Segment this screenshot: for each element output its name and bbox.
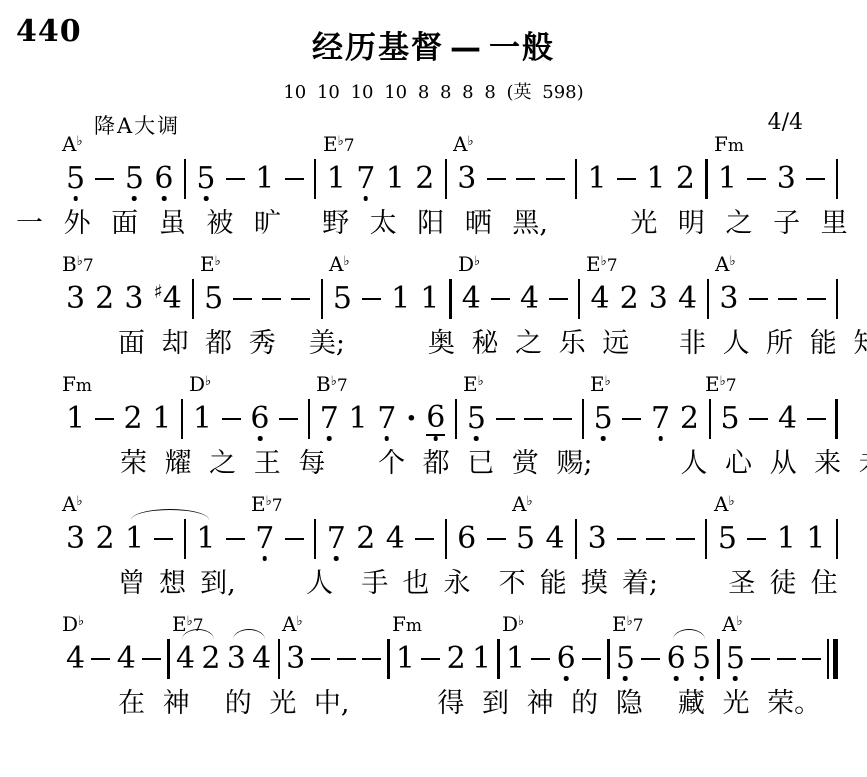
barline: [705, 157, 707, 201]
duration-dash: [646, 517, 665, 561]
chord-label: Fm: [62, 374, 92, 395]
note: 3: [66, 517, 85, 561]
note: 2: [415, 157, 434, 201]
note: 1: [152, 397, 171, 441]
note: 5: [594, 397, 613, 441]
notation-row: 556511712311213A♭E♭7A♭Fm: [66, 134, 838, 201]
note: 4: [252, 637, 271, 681]
duration-dash: [233, 277, 252, 321]
barline: [449, 277, 451, 321]
score: 556511712311213A♭E♭7A♭Fm 一 外 面 虽 被 旷 野 太…: [0, 134, 867, 721]
note: 3: [588, 517, 607, 561]
low-octave-dot: [263, 556, 268, 561]
note: 1: [391, 277, 410, 321]
note: 7: [377, 397, 396, 441]
hymn-title: 经历基督—一般: [0, 0, 867, 67]
chord-label: E♭7: [612, 614, 644, 635]
barline: [278, 637, 280, 681]
barline: [181, 397, 183, 441]
duration-dash: [747, 157, 766, 201]
note: 5: [333, 277, 352, 321]
low-octave-dot: [623, 676, 628, 681]
sharp-sign: ♯: [154, 283, 163, 302]
note-row: 321177246543511: [66, 517, 838, 561]
duration-dash: [777, 637, 796, 681]
low-octave-dot: [327, 436, 332, 441]
duration-dash: [337, 637, 356, 681]
note: 2: [123, 397, 142, 441]
chord-label: A♭: [62, 494, 83, 514]
lyric-row: 荣 耀 之 王 每 个 都 已 赏 赐; 人 心 从 来 未: [120, 447, 838, 481]
note: 5: [720, 397, 739, 441]
duration-dash: [262, 277, 281, 321]
slur-arc: [182, 629, 215, 640]
note: 1: [646, 157, 665, 201]
barline: [578, 277, 580, 321]
note: 5: [718, 517, 737, 561]
duration-dash: [95, 397, 114, 441]
chord-label: A♭: [715, 254, 736, 274]
note: 3: [227, 637, 246, 681]
duration-dash: [751, 637, 770, 681]
chord-label: D♭: [502, 614, 524, 634]
header: 440 经历基督—一般 10 10 10 10 8 8 8 8 (英 598) …: [0, 0, 867, 134]
barline: [184, 157, 186, 201]
barline: [582, 397, 584, 441]
chord-label: E♭: [590, 374, 611, 394]
duration-dash: [421, 637, 440, 681]
note: 1: [718, 157, 737, 201]
notation-row: 321177246543511A♭E♭7A♭A♭: [66, 494, 838, 561]
duration-dash: [487, 157, 506, 201]
duration-dash: [582, 637, 601, 681]
lyric-row: 在 神 的 光 中, 得 到 神 的 隐 藏 光 荣。: [118, 687, 838, 721]
low-octave-dot: [564, 676, 569, 681]
low-octave-dot: [474, 436, 479, 441]
time-signature: 4/4: [768, 110, 803, 135]
note: 1: [472, 637, 491, 681]
low-octave-dot: [385, 436, 390, 441]
low-octave-dot: [433, 436, 438, 441]
note: 6: [667, 637, 686, 681]
note: 1: [588, 157, 607, 201]
note: 3: [124, 277, 143, 321]
meter-line: 10 10 10 10 8 8 8 8 (英 598): [0, 78, 867, 104]
duration-dash: [95, 157, 114, 201]
note: 2: [356, 517, 375, 561]
duration-dash: [641, 637, 660, 681]
chord-label: E♭7: [705, 374, 737, 395]
barline: [308, 397, 310, 441]
note: 4: [678, 277, 697, 321]
note: ♯4: [154, 277, 182, 321]
note: 1: [396, 637, 415, 681]
note: 1: [193, 397, 212, 441]
barline: [575, 517, 577, 561]
low-octave-dot: [674, 676, 679, 681]
note: 5: [467, 397, 486, 441]
duration-dash: [487, 517, 506, 561]
barline: [184, 517, 186, 561]
lyric-row: 曾 想 到, 人 手 也 永 不 能 摸 着; 圣 徒 住: [118, 567, 838, 601]
low-octave-dot: [334, 556, 339, 561]
note: 2: [447, 637, 466, 681]
title-category: 一般: [489, 30, 555, 66]
duration-dash: [362, 637, 381, 681]
duration-dash: [807, 397, 826, 441]
low-octave-dot: [132, 196, 137, 201]
note: 7: [255, 517, 274, 561]
low-octave-dot: [733, 676, 738, 681]
music-system-1: 556511712311213A♭E♭7A♭Fm 一 外 面 虽 被 旷 野 太…: [66, 134, 838, 241]
note: 2: [95, 277, 114, 321]
barline: [607, 637, 609, 681]
note: 1: [327, 157, 346, 201]
duration-dash: [226, 517, 245, 561]
barline: [835, 397, 837, 441]
duration-dash: [553, 397, 572, 441]
music-system-3: 12116717·6557254FmD♭B♭7E♭E♭E♭7 荣 耀 之 王 每…: [66, 374, 838, 481]
chord-label: Fm: [392, 614, 422, 635]
chord-label: E♭7: [323, 134, 355, 155]
note: 3: [457, 157, 476, 201]
chord-label: B♭7: [316, 374, 348, 395]
low-octave-dot: [258, 436, 263, 441]
chord-label: A♭: [714, 494, 735, 514]
note: 6: [426, 397, 445, 441]
notation-row: 12116717·6557254FmD♭B♭7E♭E♭E♭7: [66, 374, 838, 441]
duration-dash: [524, 397, 543, 441]
note: 5: [204, 277, 223, 321]
note: 6: [250, 397, 269, 441]
chord-label: E♭: [200, 254, 221, 274]
duration-dash: [749, 397, 768, 441]
note: 5: [125, 157, 144, 201]
note: 5: [516, 517, 535, 561]
duration-dash: [285, 157, 304, 201]
duration-dash: [617, 157, 636, 201]
note: 2: [201, 637, 220, 681]
duration-dash: [154, 517, 173, 561]
note: 5: [616, 637, 635, 681]
chord-label: A♭: [512, 494, 533, 514]
note: 2: [95, 517, 114, 561]
duration-dash: [747, 517, 766, 561]
chord-label: A♭: [722, 614, 743, 634]
duration-dash: [496, 397, 515, 441]
barline: [445, 157, 447, 201]
barline: [575, 157, 577, 201]
duration-dash: [516, 157, 535, 201]
note: 3: [777, 157, 796, 201]
barline: [314, 517, 316, 561]
note: 4: [778, 397, 797, 441]
note: 3: [649, 277, 668, 321]
note: 1: [125, 517, 144, 561]
note-row: 12116717·6557254: [66, 397, 838, 441]
chord-label: E♭: [463, 374, 484, 394]
duration-dash: [617, 517, 636, 561]
barline: [167, 637, 169, 681]
duration-dash: [676, 517, 695, 561]
low-octave-dot: [204, 196, 209, 201]
note: 7: [327, 517, 346, 561]
note: 4: [386, 517, 405, 561]
duration-dash: [222, 397, 241, 441]
duration-dash: [622, 397, 641, 441]
note: 4: [117, 637, 136, 681]
barline: [192, 277, 194, 321]
note: 3: [66, 277, 85, 321]
hymn-page: 440 经历基督—一般 10 10 10 10 8 8 8 8 (英 598) …: [0, 0, 867, 777]
duration-dash: [491, 277, 510, 321]
chord-label: A♭: [329, 254, 350, 274]
note: 1: [66, 397, 85, 441]
note: 5: [196, 157, 215, 201]
barline: [705, 517, 707, 561]
duration-dash: [142, 637, 161, 681]
barline: [321, 277, 323, 321]
duration-dash: [549, 277, 568, 321]
note: 7: [651, 397, 670, 441]
duration-dash: [807, 277, 826, 321]
low-octave-dot: [601, 436, 606, 441]
final-barline: [827, 637, 838, 681]
chord-label: D♭: [458, 254, 480, 274]
low-octave-dot: [363, 196, 368, 201]
low-octave-dot: [162, 196, 167, 201]
augmentation-dot: ·: [406, 397, 416, 441]
lyric-row: 一 外 面 虽 被 旷 野 太 阳 晒 黑, 光 明 之 子 里: [16, 207, 838, 241]
note: 3: [286, 637, 305, 681]
notation-row: 4442343121165655D♭E♭7A♭FmD♭E♭7A♭: [66, 614, 838, 681]
barline: [707, 277, 709, 321]
note: 2: [676, 157, 695, 201]
duration-dash: [279, 397, 298, 441]
note: 1: [420, 277, 439, 321]
note: 1: [386, 157, 405, 201]
barline: [836, 157, 838, 201]
chord-label: A♭: [282, 614, 303, 634]
note: 1: [255, 157, 274, 201]
duration-dash: [362, 277, 381, 321]
duration-dash: [546, 157, 565, 201]
duration-dash: [91, 637, 110, 681]
duration-dash: [415, 517, 434, 561]
music-system-2: 323♯455114442343B♭7E♭A♭D♭E♭7A♭ 面 却 都 秀 美…: [66, 254, 838, 361]
barline: [314, 157, 316, 201]
note: 2: [680, 397, 699, 441]
title-main: 经历基督: [312, 30, 444, 66]
barline: [497, 637, 499, 681]
duration-dash: [311, 637, 330, 681]
note-row: 4442343121165655: [66, 637, 838, 681]
low-octave-dot: [73, 196, 78, 201]
duration-dash: [285, 517, 304, 561]
note: 5: [692, 637, 711, 681]
note: 4: [546, 517, 565, 561]
barline: [387, 637, 389, 681]
duration-dash: [291, 277, 310, 321]
duration-dash: [802, 637, 821, 681]
chord-label: E♭7: [586, 254, 618, 275]
note: 5: [66, 157, 85, 201]
slur-arc: [131, 509, 210, 520]
chord-label: Fm: [714, 134, 744, 155]
note: 7: [320, 397, 339, 441]
note: 7: [356, 157, 375, 201]
hymn-number: 440: [16, 14, 82, 49]
barline: [717, 637, 719, 681]
note: 1: [506, 637, 525, 681]
music-system-4: 321177246543511A♭E♭7A♭A♭ 曾 想 到, 人 手 也 永 …: [66, 494, 838, 601]
note: 1: [777, 517, 796, 561]
note: 2: [620, 277, 639, 321]
chord-label: B♭7: [62, 254, 94, 275]
chord-label: E♭7: [251, 494, 283, 515]
notation-row: 323♯455114442343B♭7E♭A♭D♭E♭7A♭: [66, 254, 838, 321]
low-octave-dot: [699, 676, 704, 681]
note: 4: [462, 277, 481, 321]
note: 6: [557, 637, 576, 681]
note: 5: [726, 637, 745, 681]
duration-dash: [778, 277, 797, 321]
duration-dash: [806, 157, 825, 201]
note: 1: [196, 517, 215, 561]
slur-arc: [673, 629, 706, 640]
note: 1: [349, 397, 368, 441]
lyric-row: 面 却 都 秀 美; 奥 秘 之 乐 远 非 人 所 能 知,: [118, 327, 838, 361]
note: 4: [520, 277, 539, 321]
barline: [709, 397, 711, 441]
note: 4: [176, 637, 195, 681]
note-row: 556511712311213: [66, 157, 838, 201]
slur-arc: [233, 629, 266, 640]
note: 1: [806, 517, 825, 561]
note: 3: [719, 277, 738, 321]
note: 6: [457, 517, 476, 561]
chord-label: A♭: [62, 134, 83, 154]
music-system-5: 4442343121165655D♭E♭7A♭FmD♭E♭7A♭ 在 神 的 光…: [66, 614, 838, 721]
barline: [836, 277, 838, 321]
chord-label: D♭: [189, 374, 211, 394]
note-row: 323♯455114442343: [66, 277, 838, 321]
note: 4: [66, 637, 85, 681]
barline: [836, 517, 838, 561]
low-octave-dot: [658, 436, 663, 441]
barline: [445, 517, 447, 561]
note: 6: [154, 157, 173, 201]
chord-label: D♭: [62, 614, 84, 634]
duration-dash: [749, 277, 768, 321]
title-dash: —: [444, 30, 489, 66]
note: 4: [590, 277, 609, 321]
duration-dash: [226, 157, 245, 201]
chord-label: A♭: [453, 134, 474, 154]
barline: [455, 397, 457, 441]
duration-dash: [531, 637, 550, 681]
